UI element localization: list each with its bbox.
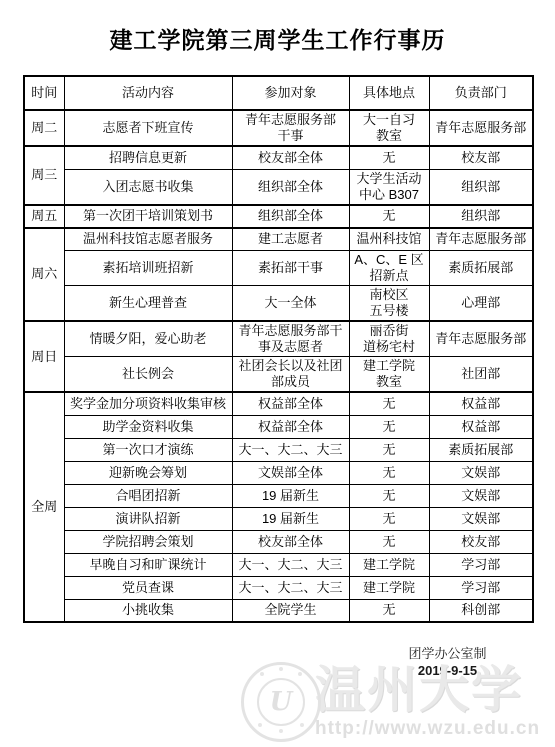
table-row: 第一次口才演练 大一、大二、大三 无 素质拓展部 [24,438,533,461]
activity-cell: 迎新晚会筹划 [64,461,232,484]
department-cell: 权益部 [429,415,533,438]
participants-cell: 权益部全体 [232,415,349,438]
activity-cell: 奖学金加分项资料收集审核 [64,392,232,415]
seal-letter: U [270,687,293,717]
department-cell: 心理部 [429,286,533,322]
table-row: 小挑收集 全院学生 无 科创部 [24,599,533,622]
department-cell: 学习部 [429,553,533,576]
location-cell: 无 [349,530,429,553]
day-cell-allweek: 全周 [24,392,64,622]
department-cell: 素质拓展部 [429,251,533,286]
participants-cell: 大一、大二、大三 [232,576,349,599]
participants-cell: 大一、大二、大三 [232,553,349,576]
activity-cell: 党员查课 [64,576,232,599]
table-row: 周三 招聘信息更新 校友部全体 无 校友部 [24,146,533,169]
participants-cell: 组织部全体 [232,169,349,205]
participants-cell: 校友部全体 [232,530,349,553]
table-row: 入团志愿书收集 组织部全体 大学生活动 中心 B307 组织部 [24,169,533,205]
activity-cell: 志愿者下班宣传 [64,110,232,146]
department-cell: 青年志愿服务部 [429,321,533,357]
department-cell: 学习部 [429,576,533,599]
location-cell: 无 [349,146,429,169]
location-cell: 无 [349,392,429,415]
table-row: 迎新晚会筹划 文娱部全体 无 文娱部 [24,461,533,484]
table-row: 演讲队招新 19 届新生 无 文娱部 [24,507,533,530]
activity-cell: 入团志愿书收集 [64,169,232,205]
activity-cell: 招聘信息更新 [64,146,232,169]
col-header-department: 负责部门 [429,76,533,110]
location-cell: 无 [349,205,429,228]
table-row: 周五 第一次团干培训策划书 组织部全体 无 组织部 [24,205,533,228]
watermark-url: http://www.wzu.edu.cn [315,719,540,739]
col-header-activity: 活动内容 [64,76,232,110]
participants-cell: 素拓部干事 [232,251,349,286]
department-cell: 组织部 [429,169,533,205]
day-cell-tuesday: 周二 [24,110,64,146]
activity-cell: 第一次口才演练 [64,438,232,461]
table-row: 合唱团招新 19 届新生 无 文娱部 [24,484,533,507]
participants-cell: 校友部全体 [232,146,349,169]
col-header-time: 时间 [24,76,64,110]
participants-cell: 权益部全体 [232,392,349,415]
department-cell: 校友部 [429,530,533,553]
location-cell: 南校区 五号楼 [349,286,429,322]
participants-cell: 大一全体 [232,286,349,322]
activity-cell: 新生心理普查 [64,286,232,322]
activity-cell: 素拓培训班招新 [64,251,232,286]
location-cell: 大一自习 教室 [349,110,429,146]
schedule-table: 时间 活动内容 参加对象 具体地点 负责部门 周二 志愿者下班宣传 青年志愿服务… [23,75,534,623]
day-cell-wednesday: 周三 [24,146,64,205]
location-cell: 无 [349,438,429,461]
department-cell: 校友部 [429,146,533,169]
activity-cell: 情暖夕阳，爱心助老 [64,321,232,357]
university-seal-icon: U [241,662,321,742]
location-cell: 无 [349,484,429,507]
participants-cell: 青年志愿服务部干 事及志愿者 [232,321,349,357]
watermark: U 温州大学 http://www.wzu.edu.cn [241,662,540,742]
department-cell: 文娱部 [429,461,533,484]
location-cell: 无 [349,507,429,530]
table-row: 全周 奖学金加分项资料收集审核 权益部全体 无 权益部 [24,392,533,415]
department-cell: 青年志愿服务部 [429,228,533,251]
location-cell: 无 [349,599,429,622]
participants-cell: 文娱部全体 [232,461,349,484]
location-cell: 建工学院 [349,553,429,576]
location-cell: 无 [349,461,429,484]
table-row: 新生心理普查 大一全体 南校区 五号楼 心理部 [24,286,533,322]
location-cell: 无 [349,415,429,438]
department-cell: 文娱部 [429,507,533,530]
table-row: 助学金资料收集 权益部全体 无 权益部 [24,415,533,438]
participants-cell: 建工志愿者 [232,228,349,251]
department-cell: 科创部 [429,599,533,622]
department-cell: 社团部 [429,357,533,393]
activity-cell: 合唱团招新 [64,484,232,507]
activity-cell: 小挑收集 [64,599,232,622]
activity-cell: 社长例会 [64,357,232,393]
header-row: 时间 活动内容 参加对象 具体地点 负责部门 [24,76,533,110]
participants-cell: 社团会长以及社团 部成员 [232,357,349,393]
participants-cell: 全院学生 [232,599,349,622]
activity-cell: 助学金资料收集 [64,415,232,438]
col-header-participants: 参加对象 [232,76,349,110]
table-row: 党员查课 大一、大二、大三 建工学院 学习部 [24,576,533,599]
participants-cell: 大一、大二、大三 [232,438,349,461]
activity-cell: 第一次团干培训策划书 [64,205,232,228]
department-cell: 权益部 [429,392,533,415]
page-title: 建工学院第三周学生工作行事历 [0,22,555,55]
document-page: 建工学院第三周学生工作行事历 时间 活动内容 参加对象 具体地点 负责部门 周二… [0,0,555,747]
day-cell-friday: 周五 [24,205,64,228]
table-row: 社长例会 社团会长以及社团 部成员 建工学院 教室 社团部 [24,357,533,393]
participants-cell: 组织部全体 [232,205,349,228]
activity-cell: 早晚自习和旷课统计 [64,553,232,576]
location-cell: A、C、E 区 招新点 [349,251,429,286]
participants-cell: 19 届新生 [232,507,349,530]
table-row: 早晚自习和旷课统计 大一、大二、大三 建工学院 学习部 [24,553,533,576]
table-row: 周二 志愿者下班宣传 青年志愿服务部 干事 大一自习 教室 青年志愿服务部 [24,110,533,146]
watermark-university-name: 温州大学 [315,662,540,718]
activity-cell: 学院招聘会策划 [64,530,232,553]
location-cell: 大学生活动 中心 B307 [349,169,429,205]
watermark-text: 温州大学 http://www.wzu.edu.cn [315,662,540,739]
col-header-location: 具体地点 [349,76,429,110]
department-cell: 组织部 [429,205,533,228]
table-row: 周日 情暖夕阳，爱心助老 青年志愿服务部干 事及志愿者 丽岙街 道杨宅村 青年志… [24,321,533,357]
table-row: 周六 温州科技馆志愿者服务 建工志愿者 温州科技馆 青年志愿服务部 [24,228,533,251]
department-cell: 青年志愿服务部 [429,110,533,146]
location-cell: 建工学院 [349,576,429,599]
table-row: 学院招聘会策划 校友部全体 无 校友部 [24,530,533,553]
activity-cell: 演讲队招新 [64,507,232,530]
day-cell-saturday: 周六 [24,228,64,322]
table-row: 素拓培训班招新 素拓部干事 A、C、E 区 招新点 素质拓展部 [24,251,533,286]
department-cell: 素质拓展部 [429,438,533,461]
location-cell: 建工学院 教室 [349,357,429,393]
participants-cell: 青年志愿服务部 干事 [232,110,349,146]
location-cell: 温州科技馆 [349,228,429,251]
participants-cell: 19 届新生 [232,484,349,507]
activity-cell: 温州科技馆志愿者服务 [64,228,232,251]
location-cell: 丽岙街 道杨宅村 [349,321,429,357]
day-cell-sunday: 周日 [24,321,64,392]
department-cell: 文娱部 [429,484,533,507]
